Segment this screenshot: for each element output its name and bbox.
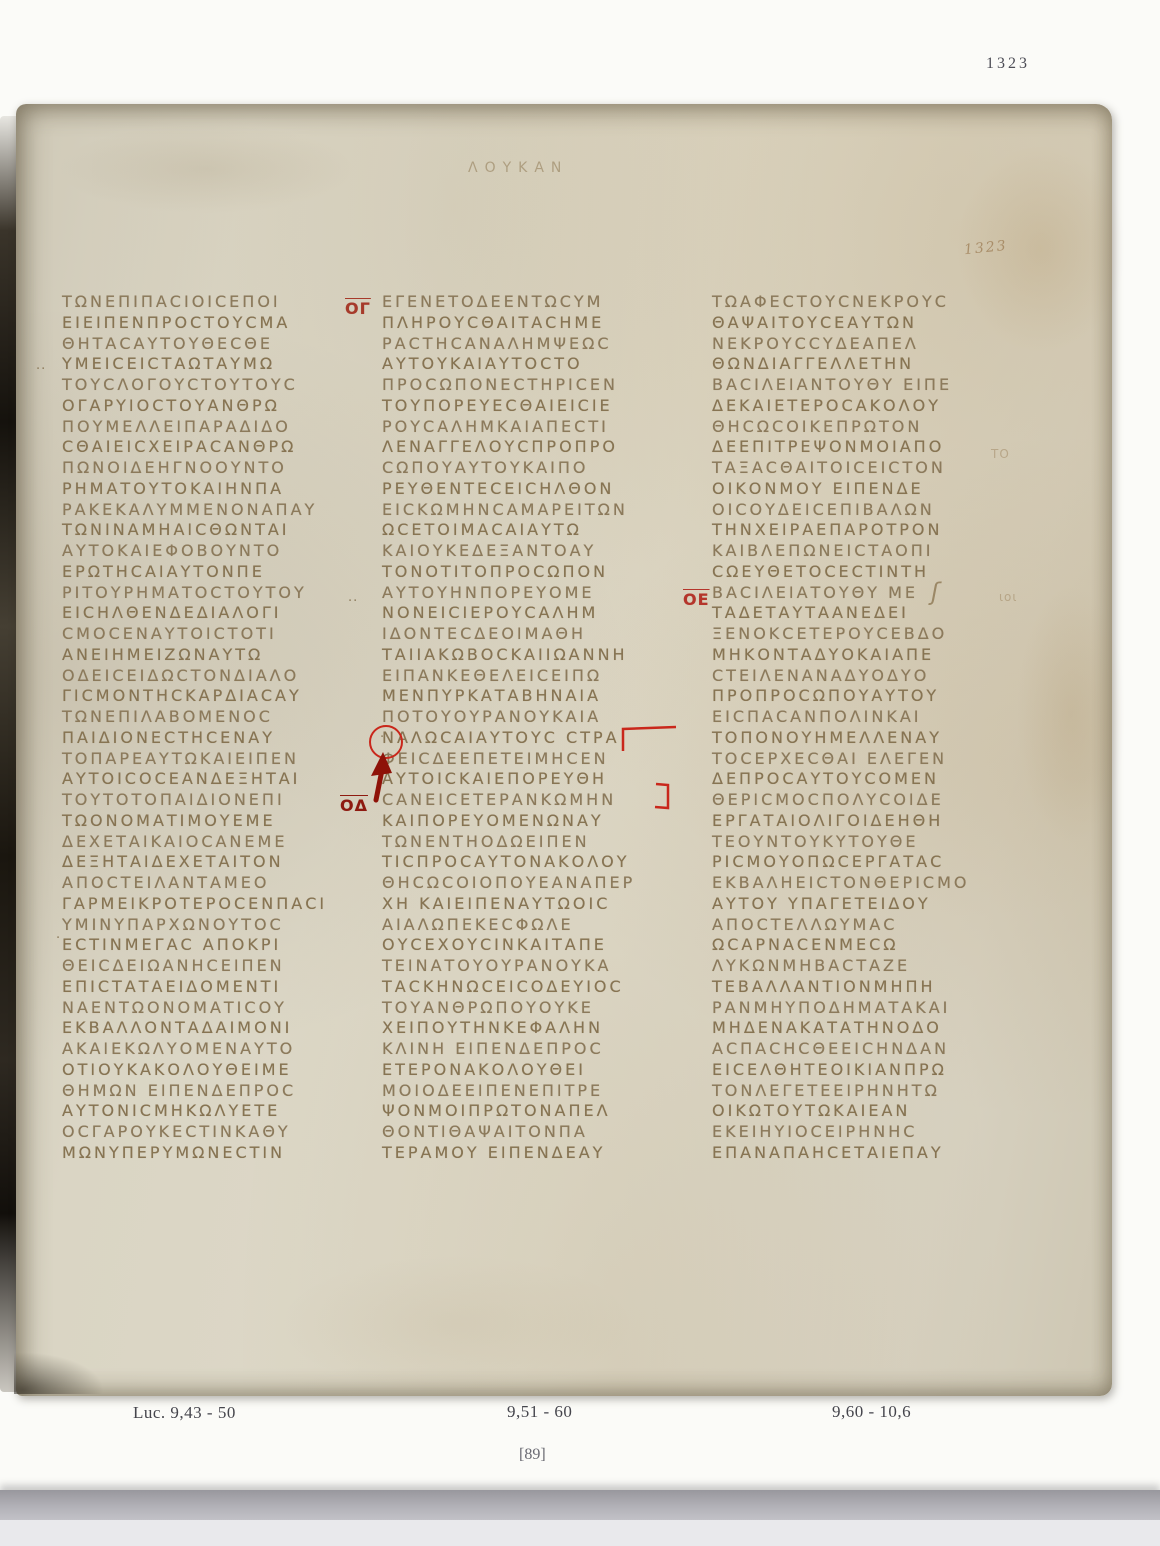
- manuscript-text-line: ΤΩΝΕΠΙΠΑϹΙΟΙϹΕΠΟΙ: [62, 292, 327, 313]
- manuscript-column-2: ΕΓΕΝΕΤΟΔΕΕΝΤΩϹΥΜΠΛΗΡΟΥϹΘΑΙΤΑϹΗΜΕΡΑϹΤΗϹΑΝ…: [382, 292, 635, 1164]
- parchment-stain: [276, 1254, 636, 1394]
- caption-column-3: 9,60 - 10,6: [832, 1402, 911, 1422]
- manuscript-text-line: ΤΑΙΙΑΚΩΒΟϹΚΑΙΙΩΑΝΝΗ: [382, 645, 635, 666]
- manuscript-text-line: ΕΙϹΚΩΜΗΝϹΑΜΑΡΕΙΤΩΝ: [382, 500, 635, 521]
- manuscript-text-line: ΤΟΥϹΛΟΓΟΥϹΤΟΥΤΟΥϹ: [62, 375, 327, 396]
- manuscript-text-line: ΤΟΥΑΝΘΡΩΠΟΥΟΥΚΕ: [382, 998, 635, 1019]
- manuscript-text-line: ΩϹΑΡΝΑϹΕΝΜΕϹΩ: [712, 935, 969, 956]
- manuscript-text-line: ΑΠΟϹΤΕΛΛΩΥΜΑϹ: [712, 915, 969, 936]
- manuscript-text-line: ΤΕΟΥΝΤΟΥΚΥΤΟΥΘΕ: [712, 832, 969, 853]
- manuscript-text-line: ΡΙϹΜΟΥΟΠΩϹΕΡΓΑΤΑϹ: [712, 852, 969, 873]
- manuscript-text-line: ΡΙΤΟΥΡΗΜΑΤΟϹΤΟΥΤΟΥ: [62, 583, 327, 604]
- manuscript-text-line: ΘΗϹΩϹΟΙΚΕΠΡΩΤΟΝ: [712, 417, 969, 438]
- manuscript-column-1: ΤΩΝΕΠΙΠΑϹΙΟΙϹΕΠΟΙΕΙΕΙΠΕΝΠΡΟϹΤΟΥϹΜΑΘΗΤΑϹΑ…: [62, 292, 327, 1164]
- manuscript-text-line: ΡΑϹΤΗϹΑΝΑΛΗΜΨΕΩϹ: [382, 334, 635, 355]
- manuscript-text-line: ΡΕΥΘΕΝΤΕϹΕΙϹΗΛΘΟΝ: [382, 479, 635, 500]
- manuscript-text-line: ΛΕΝΑΓΓΕΛΟΥϹΠΡΟΠΡΟ: [382, 437, 635, 458]
- manuscript-text-line: ΜΟΙΟΔΕΕΙΠΕΝΕΠΙΤΡΕ: [382, 1081, 635, 1102]
- manuscript-text-line: ΓΙϹΜΟΝΤΗϹΚΑΡΔΙΑϹΑΥ: [62, 686, 327, 707]
- manuscript-text-line: ΤΑΔΕΤΑΥΤΑΑΝΕΔΕΙ: [712, 603, 969, 624]
- manuscript-text-line: ΕΙϹΕΛΘΗΤΕΟΙΚΙΑΝΠΡΩ: [712, 1060, 969, 1081]
- manuscript-text-line: ΕΠΑΝΑΠΑΗϹΕΤΑΙΕΠΑΥ: [712, 1143, 969, 1164]
- scan-surface: [0, 1520, 1160, 1546]
- manuscript-text-line: ϹΑΝΕΙϹΕΤΕΡΑΝΚΩΜΗΝ: [382, 790, 635, 811]
- manuscript-text-line: ΠΩΝΟΙΔΕΗΓΝΟΟΥΝΤΟ: [62, 458, 327, 479]
- manuscript-text-line: ΤΟΝΟΤΙΤΟΠΡΟϹΩΠΟΝ: [382, 562, 635, 583]
- manuscript-text-line: ΕΙΕΙΠΕΝΠΡΟϹΤΟΥϹΜΑ: [62, 313, 327, 334]
- dot-mark: ·: [56, 931, 61, 946]
- manuscript-text-line: ΡΗΜΑΤΟΥΤΟΚΑΙΗΝΠΑ: [62, 479, 327, 500]
- manuscript-text-line: ΑΥΤΟΚΑΙΕΦΟΒΟΥΝΤΟ: [62, 541, 327, 562]
- handwritten-folio-number: 1323: [963, 238, 1008, 258]
- manuscript-column-3: ΤΩΑΦΕϹΤΟΥϹΝΕΚΡΟΥϹΘΑΨΑΙΤΟΥϹΕΑΥΤΩΝΝΕΚΡΟΥϹϹ…: [712, 292, 969, 1164]
- manuscript-text-line: ΕΚΒΑΛΛΟΝΤΑΔΑΙΜΟΝΙ: [62, 1018, 327, 1039]
- manuscript-text-line: ΧΗ ΚΑΙΕΙΠΕΝΑΥΤΩΟΙϹ: [382, 894, 635, 915]
- manuscript-text-line: ΓΑΡΜΕΙΚΡΟΤΕΡΟϹΕΝΠΑϹΙ: [62, 894, 327, 915]
- manuscript-text-line: ΠΟΤΟΥΟΥΡΑΝΟΥΚΑΙΑ: [382, 707, 635, 728]
- distigme-mark: ··: [348, 594, 358, 609]
- manuscript-text-line: ΑΙΑΛΩΠΕΚΕϹΦΩΛΕ: [382, 915, 635, 936]
- manuscript-text-line: ΕΓΕΝΕΤΟΔΕΕΝΤΩϹΥΜ: [382, 292, 635, 313]
- manuscript-text-line: ΑΠΟϹΤΕΙΛΑΝΤΑΜΕΟ: [62, 873, 327, 894]
- section-number: ΟΔ: [340, 796, 368, 815]
- manuscript-text-line: ΕΙΠΑΝΚΕΘΕΛΕΙϹΕΙΠΩ: [382, 666, 635, 687]
- manuscript-text-line: ΤΟϹΕΡΧΕϹΘΑΙ ΕΛΕΓΕΝ: [712, 749, 969, 770]
- manuscript-text-line: ΥΜΕΙϹΕΙϹΤΑΩΤΑΥΜΩ: [62, 354, 327, 375]
- distigme-mark-circled: ··: [380, 730, 390, 745]
- manuscript-text-line: ΛΥΚΩΝΜΗΒΑϹΤΑΖΕ: [712, 956, 969, 977]
- manuscript-text-line: ΟΔΕΙϹΕΙΔΩϹΤΟΝΔΙΑΛΟ: [62, 666, 327, 687]
- manuscript-text-line: ΤΕΙΝΑΤΟΥΟΥΡΑΝΟΥΚΑ: [382, 956, 635, 977]
- manuscript-text-line: ΕΡΩΤΗϹΑΙΑΥΤΟΝΠΕ: [62, 562, 327, 583]
- manuscript-text-line: ΠΛΗΡΟΥϹΘΑΙΤΑϹΗΜΕ: [382, 313, 635, 334]
- manuscript-text-line: ΘΗϹΩϹΟΙΟΠΟΥΕΑΝΑΠΕΡ: [382, 873, 635, 894]
- manuscript-text-line: ΡΑΚΕΚΑΛΥΜΜΕΝΟΝΑΠΑΥ: [62, 500, 327, 521]
- manuscript-text-line: ΤΟΠΑΡΕΑΥΤΩΚΑΙΕΙΠΕΝ: [62, 749, 327, 770]
- manuscript-text-line: ΑΥΤΟΥΗΝΠΟΡΕΥΟΜΕ: [382, 583, 635, 604]
- caption-column-2: 9,51 - 60: [507, 1402, 572, 1422]
- manuscript-text-line: ΟϹΓΑΡΟΥΚΕϹΤΙΝΚΑΘΥ: [62, 1122, 327, 1143]
- manuscript-text-line: ΟΤΙΟΥΚΑΚΟΛΟΥΘΕΙΜΕ: [62, 1060, 327, 1081]
- manuscript-text-line: ΘΕΙϹΔΕΙΩΑΝΗϹΕΙΠΕΝ: [62, 956, 327, 977]
- manuscript-text-line: ΔΕΞΗΤΑΙΔΕΧΕΤΑΙΤΟΝ: [62, 852, 327, 873]
- manuscript-text-line: ΜΕΝΠΥΡΚΑΤΑΒΗΝΑΙΑ: [382, 686, 635, 707]
- scan-surface-shadow: [0, 1490, 1160, 1520]
- manuscript-text-line: ΤΩΝΕΝΤΗΟΔΩΕΙΠΕΝ: [382, 832, 635, 853]
- manuscript-text-line: ϹΘΑΙΕΙϹΧΕΙΡΑϹΑΝΘΡΩ: [62, 437, 327, 458]
- printed-page-number: 1323: [986, 55, 1030, 73]
- manuscript-text-line: ΕΚΕΙΗΥΙΟϹΕΙΡΗΝΗϹ: [712, 1122, 969, 1143]
- manuscript-text-line: ΟΙϹΟΥΔΕΙϹΕΠΙΒΑΛΩΝ: [712, 500, 969, 521]
- manuscript-text-line: ΑΚΑΙΕΚΩΛΥΟΜΕΝΑΥΤΟ: [62, 1039, 327, 1060]
- manuscript-text-line: ΘΗΤΑϹΑΥΤΟΥΘΕϹΘΕ: [62, 334, 327, 355]
- manuscript-text-line: ΘΩΝΔΙΑΓΓΕΛΛΕΤΗΝ: [712, 354, 969, 375]
- manuscript-text-line: ΡΑΝΜΗΥΠΟΔΗΜΑΤΑΚΑΙ: [712, 998, 969, 1019]
- manuscript-text-line: ΤΩΟΝΟΜΑΤΙΜΟΥΕΜΕ: [62, 811, 327, 832]
- manuscript-text-line: ϹΤΕΙΛΕΝΑΝΑΔΥΟΔΥΟ: [712, 666, 969, 687]
- offset-ink-mark: ΤΟ: [991, 447, 1010, 461]
- manuscript-text-line: ΤΟΝΛΕΓΕΤΕΕΙΡΗΝΗΤΩ: [712, 1081, 969, 1102]
- offset-ink-mark: ιοι: [999, 590, 1017, 604]
- section-number: ΟΓ: [345, 299, 371, 318]
- plate-number: [89]: [519, 1446, 546, 1464]
- manuscript-text-line: ΕϹΤΙΝΜΕΓΑϹ ΑΠΟΚΡΙ: [62, 935, 327, 956]
- manuscript-text-line: ΕΚΒΑΛΗΕΙϹΤΟΝΘΕΡΙϹΜΟ: [712, 873, 969, 894]
- manuscript-text-line: ΧΕΙΠΟΥΤΗΝΚΕΦΑΛΗΝ: [382, 1018, 635, 1039]
- facsimile-plate: 1323 ΛΟΥΚΑΝ 1323 ΤΩΝΕΠΙΠΑϹΙΟΙϹΕΠΟΙΕΙΕΙΠΕ…: [0, 0, 1160, 1546]
- manuscript-text-line: ΚΑΙΟΥΚΕΔΕΞΑΝΤΟΑΥ: [382, 541, 635, 562]
- manuscript-text-line: ΤΩΑΦΕϹΤΟΥϹΝΕΚΡΟΥϹ: [712, 292, 969, 313]
- manuscript-text-line: ϹΩΠΟΥΑΥΤΟΥΚΑΙΠΟ: [382, 458, 635, 479]
- manuscript-text-line: ϹΜΟϹΕΝΑΥΤΟΙϹΤΟΤΙ: [62, 624, 327, 645]
- manuscript-text-line: ΑΥΤΟΙϹΚΑΙΕΠΟΡΕΥΘΗ: [382, 769, 635, 790]
- manuscript-text-line: ΑϹΠΑϹΗϹΘΕΕΙϹΗΝΔΑΝ: [712, 1039, 969, 1060]
- page-corner-shadow: [14, 1352, 104, 1394]
- parchment-stain: [1016, 584, 1126, 844]
- manuscript-text-line: ΒΑϹΙΛΕΙΑΝΤΟΥΘΥ ΕΙΠΕ: [712, 375, 969, 396]
- manuscript-text-line: ΔΕΕΠΙΤΡΕΨΟΝΜΟΙΑΠΟ: [712, 437, 969, 458]
- manuscript-text-line: ΩϹΕΤΟΙΜΑϹΑΙΑΥΤΩ: [382, 520, 635, 541]
- manuscript-text-line: ΤΕΡΑΜΟΥ ΕΙΠΕΝΔΕΑΥ: [382, 1143, 635, 1164]
- manuscript-page: ΛΟΥΚΑΝ 1323 ΤΩΝΕΠΙΠΑϹΙΟΙϹΕΠΟΙΕΙΕΙΠΕΝΠΡΟϹ…: [16, 104, 1112, 1396]
- parchment-stain: [56, 124, 356, 214]
- manuscript-text-line: ΤΕΒΑΛΛΑΝΤΙΟΝΜΗΠΗ: [712, 977, 969, 998]
- manuscript-text-line: ΥΜΙΝΥΠΑΡΧΩΝΟΥΤΟϹ: [62, 915, 327, 936]
- manuscript-text-line: ΜΩΝΥΠΕΡΥΜΩΝΕϹΤΙΝ: [62, 1143, 327, 1164]
- manuscript-text-line: ΟΥϹΕΧΟΥϹΙΝΚΑΙΤΑΠΕ: [382, 935, 635, 956]
- manuscript-text-line: ΟΙΚΟΝΜΟΥ ΕΙΠΕΝΔΕ: [712, 479, 969, 500]
- manuscript-text-line: ΔΕΠΡΟϹΑΥΤΟΥϹΟΜΕΝ: [712, 769, 969, 790]
- manuscript-text-line: ΨΟΝΜΟΙΠΡΩΤΟΝΑΠΕΛ: [382, 1101, 635, 1122]
- manuscript-text-line: ΤΟΥΤΟΤΟΠΑΙΔΙΟΝΕΠΙ: [62, 790, 327, 811]
- manuscript-text-line: ΙΔΟΝΤΕϹΔΕΟΙΜΑΘΗ: [382, 624, 635, 645]
- paragraph-mark: ʃ: [931, 578, 940, 606]
- manuscript-text-line: ΜΗΔΕΝΑΚΑΤΑΤΗΝΟΔΟ: [712, 1018, 969, 1039]
- manuscript-text-line: ΟΙΚΩΤΟΥΤΩΚΑΙΕΑΝ: [712, 1101, 969, 1122]
- manuscript-text-line: ΞΕΝΟΚϹΕΤΕΡΟΥϹΕΒΔΟ: [712, 624, 969, 645]
- manuscript-text-line: ΤΑϹΚΗΝΩϹΕΙϹΟΔΕΥΙΟϹ: [382, 977, 635, 998]
- manuscript-text-line: ΠΡΟϹΩΠΟΝΕϹΤΗΡΙϹΕΝ: [382, 375, 635, 396]
- manuscript-text-line: ΝΑΕΝΤΩΟΝΟΜΑΤΙϹΟΥ: [62, 998, 327, 1019]
- manuscript-text-line: ΜΗΚΟΝΤΑΔΥΟΚΑΙΑΠΕ: [712, 645, 969, 666]
- manuscript-text-line: ΝΟΝΕΙϹΙΕΡΟΥϹΑΛΗΜ: [382, 603, 635, 624]
- caption-column-1: Luc. 9,43 - 50: [133, 1403, 236, 1423]
- manuscript-text-line: ΤΑΞΑϹΘΑΙΤΟΙϹΕΙϹΤΟΝ: [712, 458, 969, 479]
- manuscript-text-line: ΑΥΤΟΝΙϹΜΗΚΩΛΥΕΤΕ: [62, 1101, 327, 1122]
- manuscript-text-line: ΤΙϹΠΡΟϹΑΥΤΟΝΑΚΟΛΟΥ: [382, 852, 635, 873]
- manuscript-text-line: ΑΥΤΟΥ ΥΠΑΓΕΤΕΙΔΟΥ: [712, 894, 969, 915]
- manuscript-text-line: ΘΑΨΑΙΤΟΥϹΕΑΥΤΩΝ: [712, 313, 969, 334]
- manuscript-text-line: ΚΑΙΒΛΕΠΩΝΕΙϹΤΑΟΠΙ: [712, 541, 969, 562]
- distigme-mark: ··: [36, 362, 46, 377]
- manuscript-text-line: ΕΙϹΠΑϹΑΝΠΟΛΙΝΚΑΙ: [712, 707, 969, 728]
- manuscript-text-line: ΚΛΙΝΗ ΕΙΠΕΝΔΕΠΡΟϹ: [382, 1039, 635, 1060]
- manuscript-text-line: ΕΤΕΡΟΝΑΚΟΛΟΥΘΕΙ: [382, 1060, 635, 1081]
- manuscript-text-line: ΠΡΟΠΡΟϹΩΠΟΥΑΥΤΟΥ: [712, 686, 969, 707]
- manuscript-text-line: ΑΥΤΟΥΚΑΙΑΥΤΟϹΤΟ: [382, 354, 635, 375]
- manuscript-text-line: ΟΓΑΡΥΙΟϹΤΟΥΑΝΘΡΩ: [62, 396, 327, 417]
- manuscript-text-line: ΝΕΚΡΟΥϹϹΥΔΕΑΠΕΛ: [712, 334, 969, 355]
- running-title: ΛΟΥΚΑΝ: [468, 160, 568, 176]
- manuscript-text-line: ΤΩΝΕΠΙΛΑΒΟΜΕΝΟϹ: [62, 707, 327, 728]
- manuscript-text-line: ΡΟΥϹΑΛΗΜΚΑΙΑΠΕϹΤΙ: [382, 417, 635, 438]
- manuscript-text-line: ΠΟΥΜΕΛΛΕΙΠΑΡΑΔΙΔΟ: [62, 417, 327, 438]
- manuscript-text-line: ΤΟΠΟΝΟΥΗΜΕΛΛΕΝΑΥ: [712, 728, 969, 749]
- manuscript-text-line: ΝΑΛΩϹΑΙΑΥΤΟΥϹ ϹΤΡΑ: [382, 728, 635, 749]
- manuscript-text-line: ΤΗΝΧΕΙΡΑΕΠΑΡΟΤΡΟΝ: [712, 520, 969, 541]
- manuscript-text-line: ΤΟΥΠΟΡΕΥΕϹΘΑΙΕΙϹΙΕ: [382, 396, 635, 417]
- manuscript-text-line: ΘΕΡΙϹΜΟϹΠΟΛΥϹΟΙΔΕ: [712, 790, 969, 811]
- manuscript-text-line: ΚΑΙΠΟΡΕΥΟΜΕΝΩΝΑΥ: [382, 811, 635, 832]
- manuscript-text-line: ΑΥΤΟΙϹΟϹΕΑΝΔΕΞΗΤΑΙ: [62, 769, 327, 790]
- manuscript-text-line: ΠΑΙΔΙΟΝΕϹΤΗϹΕΝΑΥ: [62, 728, 327, 749]
- manuscript-text-line: ΤΩΝΙΝΑΜΗΑΙϹΘΩΝΤΑΙ: [62, 520, 327, 541]
- manuscript-text-line: ΔΕΧΕΤΑΙΚΑΙΟϹΑΝΕΜΕ: [62, 832, 327, 853]
- manuscript-text-line: ΦΕΙϹΔΕΕΠΕΤΕΙΜΗϹΕΝ: [382, 749, 635, 770]
- manuscript-text-line: ΘΟΝΤΙΘΑΨΑΙΤΟΝΠΑ: [382, 1122, 635, 1143]
- manuscript-text-line: ΘΗΜΩΝ ΕΙΠΕΝΔΕΠΡΟϹ: [62, 1081, 327, 1102]
- section-number: ΟΕ: [683, 590, 710, 609]
- manuscript-text-line: ΕΠΙϹΤΑΤΑΕΙΔΟΜΕΝΤΙ: [62, 977, 327, 998]
- manuscript-text-line: ΑΝΕΙΗΜΕΙΖΩΝΑΥΤΩ: [62, 645, 327, 666]
- manuscript-text-line: ΕΙϹΗΛΘΕΝΔΕΔΙΑΛΟΓΙ: [62, 603, 327, 624]
- manuscript-text-line: ΔΕΚΑΙΕΤΕΡΟϹΑΚΟΛΟΥ: [712, 396, 969, 417]
- manuscript-text-line: ΕΡΓΑΤΑΙΟΛΙΓΟΙΔΕΗΘΗ: [712, 811, 969, 832]
